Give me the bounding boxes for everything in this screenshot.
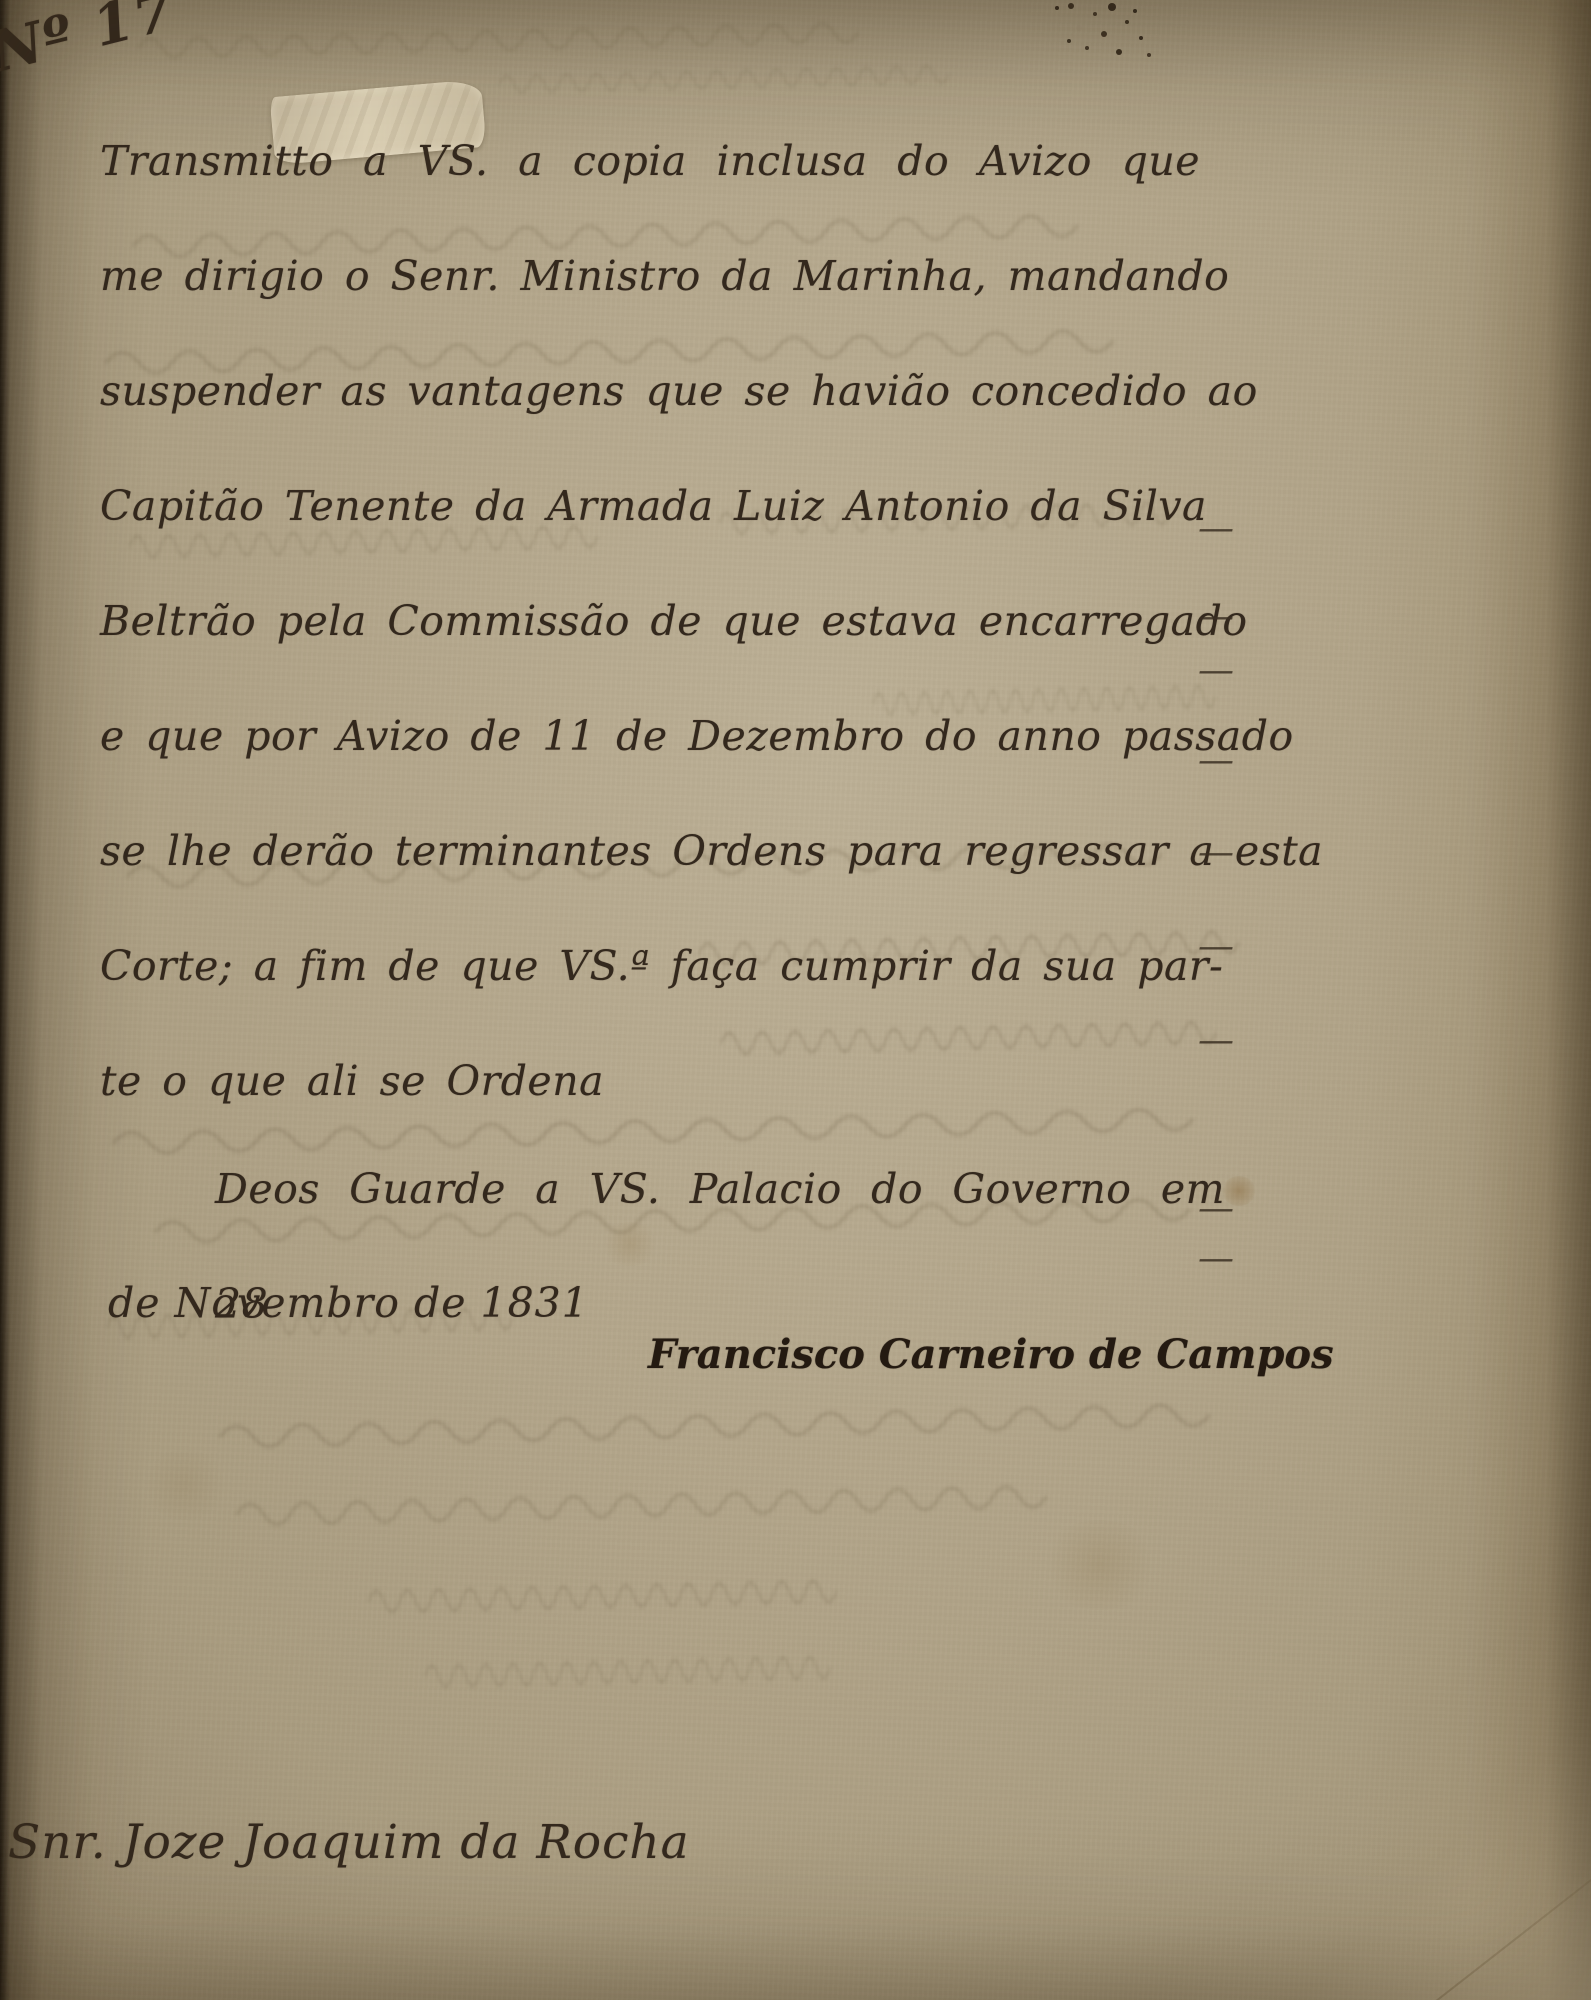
- margin-dash: —: [1198, 596, 1234, 637]
- ink-splatter: [1055, 6, 1059, 10]
- margin-dash: —: [1198, 508, 1234, 549]
- margin-dash: —: [1198, 740, 1234, 781]
- margin-dash: —: [1198, 1020, 1234, 1061]
- body-line: me dirigio o Senr. Ministro da Marinha, …: [100, 219, 1200, 334]
- page-corner-fold: [1131, 1600, 1591, 2000]
- margin-dash: —: [1198, 926, 1234, 967]
- paper-stain: [140, 1450, 230, 1520]
- paper-stain: [1040, 1520, 1160, 1610]
- body-line: e que por Avizo de 11 de Dezembro do ann…: [100, 679, 1200, 794]
- body-line: suspender as vantagens que se havião con…: [100, 334, 1200, 449]
- margin-dash: —: [1198, 1238, 1234, 1279]
- body-line: Transmitto a VS. a copia inclusa do Aviz…: [100, 104, 1200, 219]
- margin-dash: —: [1198, 1188, 1234, 1229]
- body-line: Corte; a fim de que VS.ª faça cumprir da…: [100, 909, 1200, 1024]
- addressee-line: Snr. Joze Joaquim da Rocha: [8, 1788, 690, 1898]
- signature: Francisco Carneiro de Campos: [648, 1302, 1334, 1407]
- letter-body: Transmitto a VS. a copia inclusa do Aviz…: [100, 104, 1200, 1139]
- margin-dash: —: [1198, 650, 1234, 691]
- body-line: te o que ali se Ordena: [100, 1024, 1200, 1139]
- margin-dash: —: [1198, 832, 1234, 873]
- manuscript-page: Nº 17 Transmitto a VS. a copia inclusa d…: [0, 0, 1591, 2000]
- body-line: se lhe derão terminantes Ordens para reg…: [100, 794, 1200, 909]
- closing-line-date: de Novembro de 1831: [108, 1248, 589, 1358]
- body-line: Beltrão pela Commissão de que estava enc…: [100, 564, 1200, 679]
- document-number: Nº 17: [0, 0, 182, 86]
- body-line: Capitão Tenente da Armada Luiz Antonio d…: [100, 449, 1200, 564]
